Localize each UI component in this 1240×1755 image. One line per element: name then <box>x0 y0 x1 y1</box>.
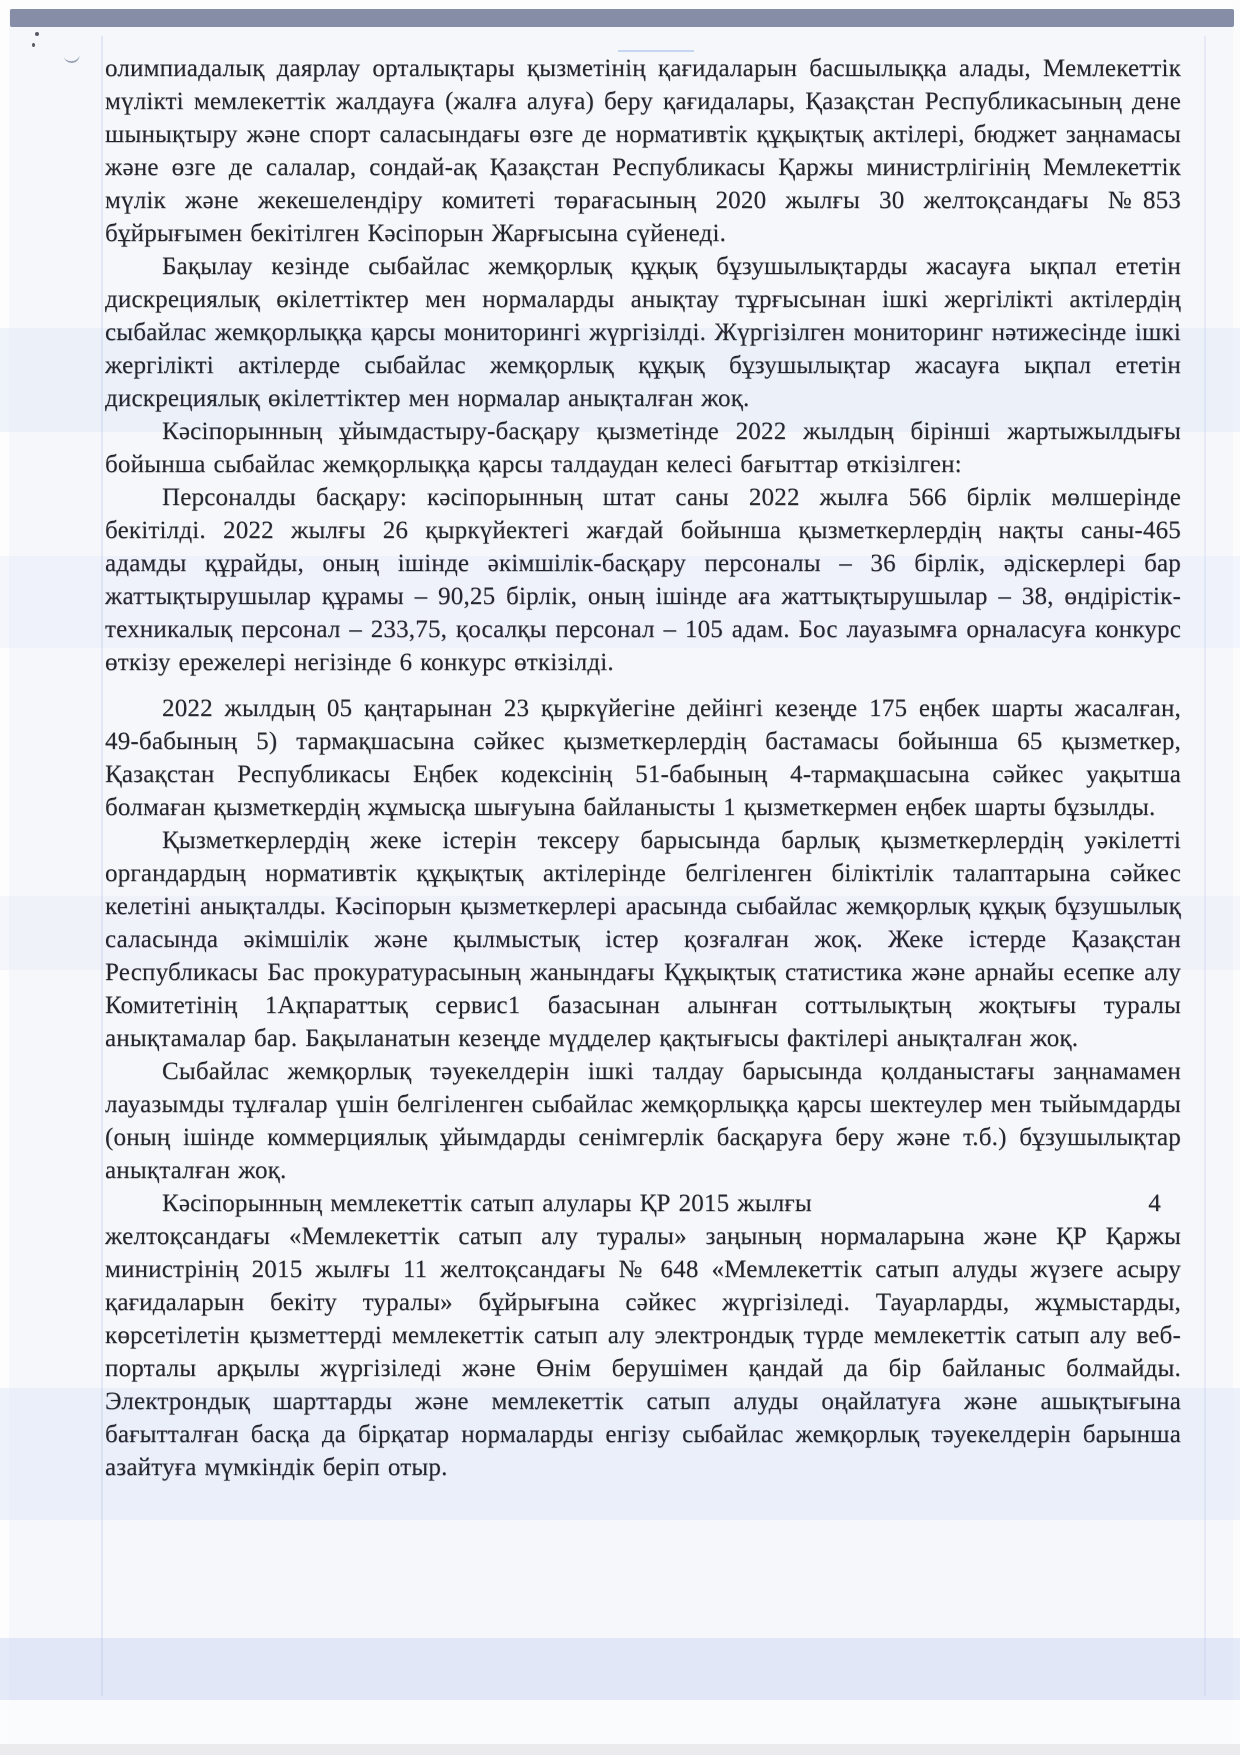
procurement-first-line: Кәсіпорынның мемлекеттік сатып алулары Қ… <box>105 1187 1181 1220</box>
paragraph-labor-contracts: 2022 жылдың 05 қаңтарынан 23 қыркүйегіне… <box>105 692 1181 824</box>
scan-tint-band <box>0 1638 1240 1700</box>
procurement-line-text: Кәсіпорынның мемлекеттік сатып алулары Қ… <box>105 1187 812 1220</box>
paragraph-personnel: Персоналды басқару: кәсіпорынның штат са… <box>105 481 1181 679</box>
scan-tint-band <box>0 1700 1240 1744</box>
scan-fold-line <box>1204 36 1206 1696</box>
scan-artifact-top-band <box>10 9 1234 27</box>
scanner-edge-right <box>1233 0 1240 1755</box>
paragraph-analysis-directions: Кәсіпорынның ұйымдастыру-басқару қызметі… <box>105 415 1181 481</box>
scanner-edge-left <box>0 0 9 1755</box>
paragraph-personal-files: Қызметкерлердің жеке істерін тексеру бар… <box>105 824 1181 1055</box>
scan-fold-line <box>101 36 103 1696</box>
ink-speck <box>35 32 39 36</box>
scanner-edge-bottom <box>0 1744 1240 1755</box>
paragraph-corruption-risks: Сыбайлас жемқорлық тәуекелдерін ішкі тал… <box>105 1055 1181 1187</box>
scanned-document-page: олимпиадалық даярлау орталықтары қызметі… <box>0 0 1240 1755</box>
page-number: 4 <box>1148 1187 1181 1220</box>
paragraph-monitoring: Бақылау кезінде сыбайлас жемқорлық құқық… <box>105 250 1181 415</box>
paragraph-charter-basis: олимпиадалық даярлау орталықтары қызметі… <box>105 52 1181 250</box>
pen-mark <box>63 51 80 64</box>
scanner-edge-top <box>0 0 1240 9</box>
paragraph-procurement: желтоқсандағы «Мемлекеттік сатып алу тур… <box>105 1220 1181 1484</box>
document-body: олимпиадалық даярлау орталықтары қызметі… <box>105 52 1181 1484</box>
ink-speck <box>32 43 35 47</box>
